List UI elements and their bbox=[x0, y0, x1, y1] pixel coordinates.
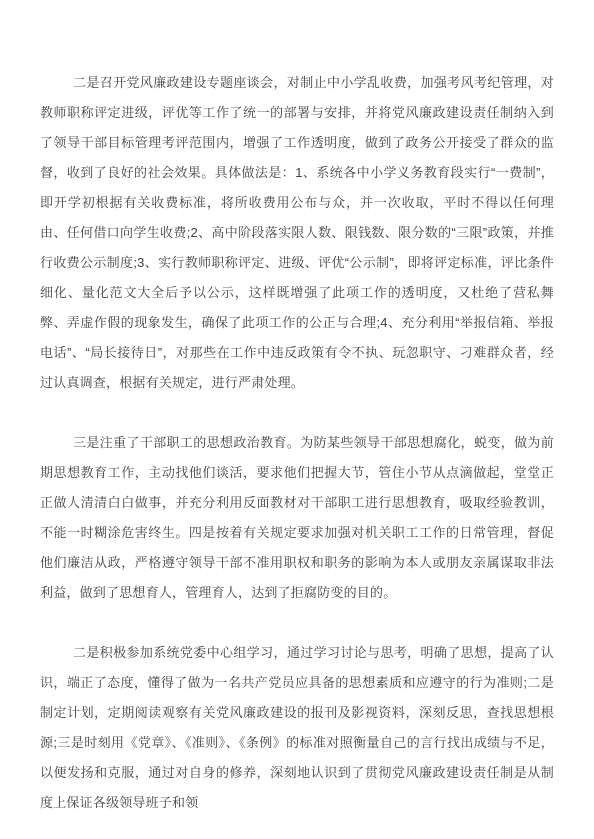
paragraph-2: 三是注重了干部职工的思想政治教育。为防某些领导干部思想腐化，蜕变，做为前期思想教… bbox=[40, 428, 554, 608]
paragraph-1: 二是召开党风廉政建设专题座谈会，对制止中小学乱收费，加强考风考纪管理，对教师职称… bbox=[40, 68, 554, 398]
paragraph-3: 二是积极参加系统党委中心组学习，通过学习讨论与思考，明确了思想，提高了认识，端正… bbox=[40, 638, 554, 818]
document-page: 二是召开党风廉政建设专题座谈会，对制止中小学乱收费，加强考风考纪管理，对教师职称… bbox=[0, 0, 594, 839]
